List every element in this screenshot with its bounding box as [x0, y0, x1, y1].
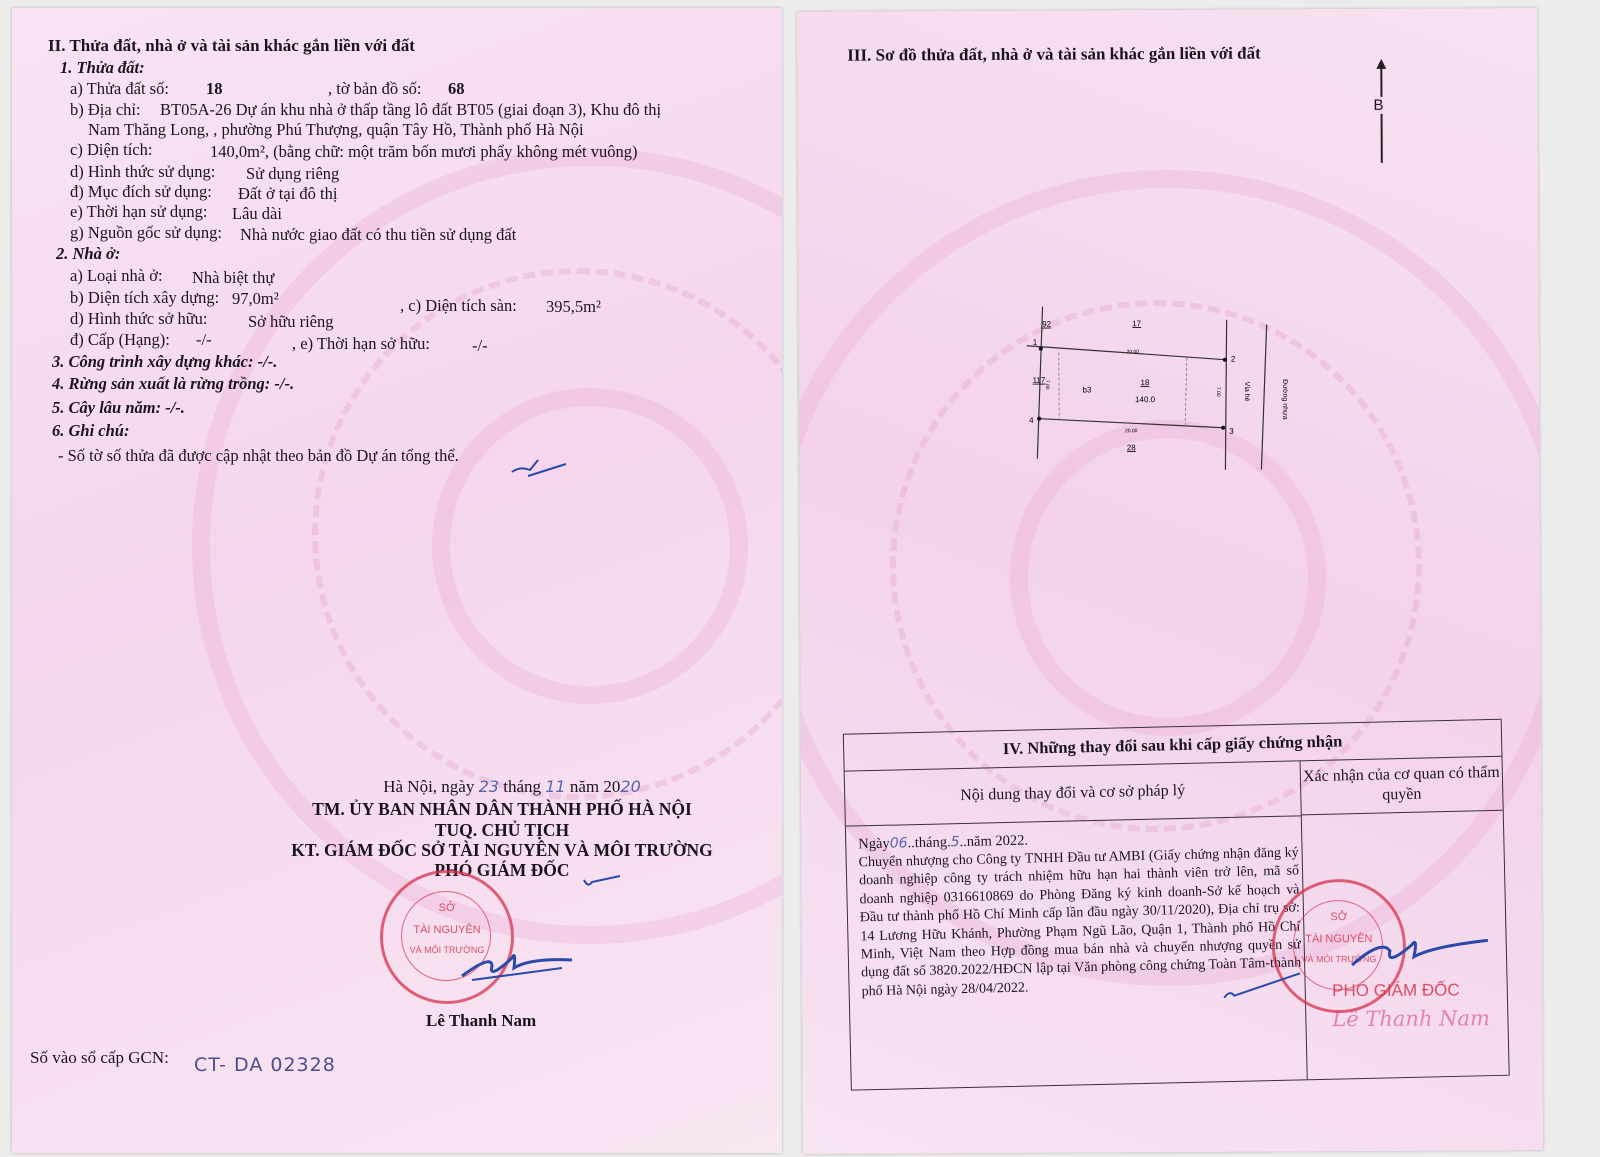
- registry-label: Số vào sổ cấp GCN:: [30, 1048, 169, 1068]
- sign-year-label: năm 20: [570, 777, 621, 796]
- background-drum-center: [432, 388, 748, 704]
- svg-text:4: 4: [1029, 416, 1034, 425]
- authority-line4: PHÓ GIÁM ĐỐC: [272, 860, 732, 880]
- changes-table: IV. Những thay đổi sau khi cấp giấy chứn…: [843, 719, 1510, 1091]
- initial-mark-icon: [582, 874, 622, 890]
- svg-text:140.0: 140.0: [1135, 395, 1156, 404]
- initial-mark-icon: [510, 456, 568, 480]
- house-type-value: Nhà biệt thự: [192, 268, 274, 288]
- svg-text:17: 17: [1132, 319, 1141, 328]
- signing-block: Hà Nội, ngày 23 tháng 11 năm 2020 TM. ỦY…: [272, 776, 732, 880]
- approver-name: Lê Thanh Nam: [1332, 1006, 1490, 1031]
- build-area-value: 97,0m²: [232, 289, 279, 309]
- svg-text:3: 3: [1229, 427, 1234, 436]
- stamp-text-top: SỞ: [383, 901, 511, 915]
- address-line1: BT05A-26 Dự án khu nhà ở thấp tầng lô đấ…: [160, 100, 661, 120]
- sign-date-prefix: Hà Nội, ngày: [383, 777, 474, 796]
- purpose-value: Đất ở tại đô thị: [238, 184, 337, 204]
- own-term-label: , e) Thời hạn sở hữu:: [292, 334, 430, 354]
- initial-mark-icon: [1222, 971, 1302, 1001]
- certificate-page-right: III. Sơ đồ thửa đất, nhà ở và tài sản kh…: [797, 8, 1543, 1154]
- svg-text:18: 18: [1140, 378, 1149, 387]
- own-term-value: -/-: [472, 336, 488, 356]
- svg-text:b3: b3: [1083, 385, 1092, 394]
- grade-label: đ) Cấp (Hạng):: [70, 330, 170, 350]
- authority-line1: TM. ỦY BAN NHÂN DÂN THÀNH PHỐ HÀ NỘI: [272, 799, 732, 820]
- origin-label: g) Nguồn gốc sử dụng:: [70, 223, 222, 243]
- svg-text:20.00: 20.00: [1125, 428, 1138, 434]
- signature-icon: [452, 928, 582, 988]
- authority-line2: TUQ. CHỦ TỊCH: [272, 820, 732, 840]
- svg-text:Đường nhựa: Đường nhựa: [1281, 379, 1288, 420]
- sign-year-suffix: 20: [620, 777, 640, 796]
- perennial-trees: 5. Cây lâu năm: -/-.: [52, 398, 185, 418]
- changes-table-title: IV. Những thay đổi sau khi cấp giấy chứn…: [1003, 731, 1343, 758]
- ownership-value: Sở hữu riêng: [248, 312, 334, 332]
- use-form-label: d) Hình thức sử dụng:: [70, 162, 215, 182]
- svg-text:28: 28: [1127, 443, 1136, 452]
- map-sheet-label: , tờ bản đồ số:: [328, 79, 422, 99]
- notes-heading: 6. Ghi chú:: [52, 421, 129, 441]
- sign-day: 23: [479, 777, 499, 796]
- north-arrow: B: [1375, 59, 1388, 163]
- sign-month-label: tháng: [503, 777, 541, 796]
- notes-text: - Số tờ số thửa đã được cập nhật theo bả…: [58, 446, 459, 466]
- svg-text:2: 2: [1231, 355, 1236, 364]
- parcel-label: a) Thửa đất số:: [70, 79, 169, 99]
- svg-text:Vỉa hè: Vỉa hè: [1243, 382, 1251, 402]
- north-label: B: [1373, 97, 1383, 114]
- svg-text:1: 1: [1033, 338, 1038, 347]
- signer-name: Lê Thanh Nam: [426, 1011, 536, 1031]
- purpose-label: đ) Mục đích sử dụng:: [70, 182, 212, 202]
- svg-text:7.00: 7.00: [1215, 387, 1221, 397]
- entry-year: ..năm 2022.: [959, 833, 1028, 851]
- floor-area-value: 395,5m²: [546, 297, 601, 317]
- term-label: e) Thời hạn sử dụng:: [70, 202, 207, 222]
- svg-text:92: 92: [1042, 320, 1051, 329]
- certificate-page-left: II. Thửa đất, nhà ở và tài sản khác gắn …: [12, 8, 782, 1153]
- land-heading: 1. Thửa đất:: [60, 58, 145, 78]
- svg-text:20.00: 20.00: [1127, 349, 1140, 355]
- area-label: c) Diện tích:: [70, 140, 152, 160]
- entry-day: 06: [890, 835, 908, 851]
- changes-col2-header: Xác nhận của cơ quan có thẩm quyền: [1301, 757, 1503, 816]
- svg-text:7.00: 7.00: [1044, 380, 1050, 390]
- map-sheet-number: 68: [448, 79, 465, 99]
- entry-month-label: ..tháng.: [907, 834, 950, 851]
- origin-value: Nhà nước giao đất có thu tiền sử dụng đấ…: [240, 225, 516, 245]
- parcel-number: 18: [206, 79, 223, 99]
- use-form-value: Sử dụng riêng: [246, 164, 339, 184]
- registry-number: CT- DA 02328: [194, 1054, 336, 1076]
- ownership-label: d) Hình thức sở hữu:: [70, 309, 208, 329]
- address-line2: Nam Thăng Long, , phường Phú Thượng, quậ…: [88, 120, 584, 140]
- section-title: II. Thửa đất, nhà ở và tài sản khác gắn …: [48, 36, 415, 56]
- house-heading: 2. Nhà ở:: [56, 244, 120, 264]
- forest: 4. Rừng sản xuất là rừng trồng: -/-.: [52, 374, 294, 394]
- signature-icon: [1342, 918, 1492, 979]
- svg-text:117: 117: [1033, 376, 1046, 385]
- sign-date: Hà Nội, ngày 23 tháng 11 năm 2020: [272, 776, 732, 797]
- authority-line3: KT. GIÁM ĐỐC SỞ TÀI NGUYÊN VÀ MÔI TRƯỜNG: [272, 840, 732, 860]
- section-title: III. Sơ đồ thửa đất, nhà ở và tài sản kh…: [847, 44, 1261, 66]
- address-label: b) Địa chỉ:: [70, 100, 141, 120]
- sign-month: 11: [545, 777, 565, 796]
- grade-value: -/-: [196, 330, 212, 350]
- parcel-plan-diagram: 123492171172820.0020.00b318140.07.007.00…: [999, 299, 1300, 481]
- approver-title: PHÓ GIÁM ĐỐC: [1332, 980, 1460, 1001]
- other-works: 3. Công trình xây dựng khác: -/-.: [52, 352, 277, 372]
- build-area-label: b) Diện tích xây dựng:: [70, 288, 219, 308]
- changes-entry-cell: Ngày06..tháng.5..năm 2022. Chuyển nhượng…: [846, 816, 1308, 1089]
- entry-date-prefix: Ngày: [858, 836, 890, 853]
- area-value: 140,0m², (bằng chữ: một trăm bốn mươi ph…: [210, 142, 638, 162]
- floor-area-label: , c) Diện tích sàn:: [400, 296, 517, 316]
- term-value: Lâu dài: [232, 204, 282, 224]
- house-type-label: a) Loại nhà ở:: [70, 266, 163, 286]
